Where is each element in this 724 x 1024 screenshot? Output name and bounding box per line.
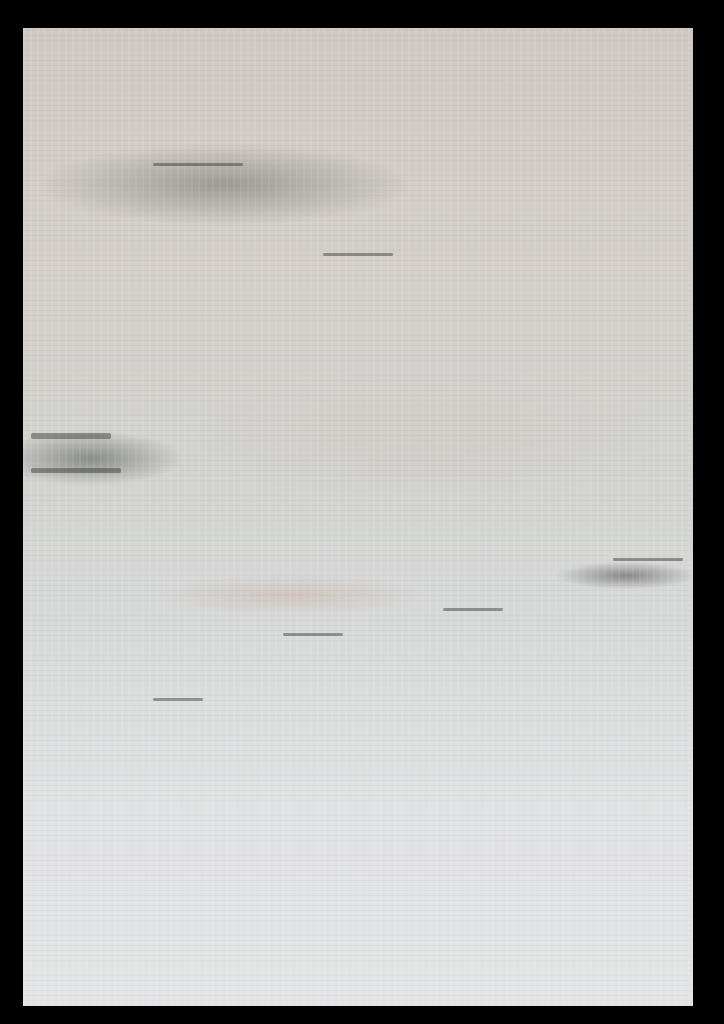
dark-streak <box>153 698 203 701</box>
dark-streak <box>283 633 343 636</box>
dark-streak <box>443 608 503 611</box>
dark-streak <box>613 558 683 561</box>
dark-streak <box>31 468 121 473</box>
dark-streak <box>153 163 243 166</box>
dark-streak <box>323 253 393 256</box>
dark-streak <box>31 433 111 439</box>
rug-texture <box>23 28 693 1006</box>
rug <box>23 28 693 1006</box>
